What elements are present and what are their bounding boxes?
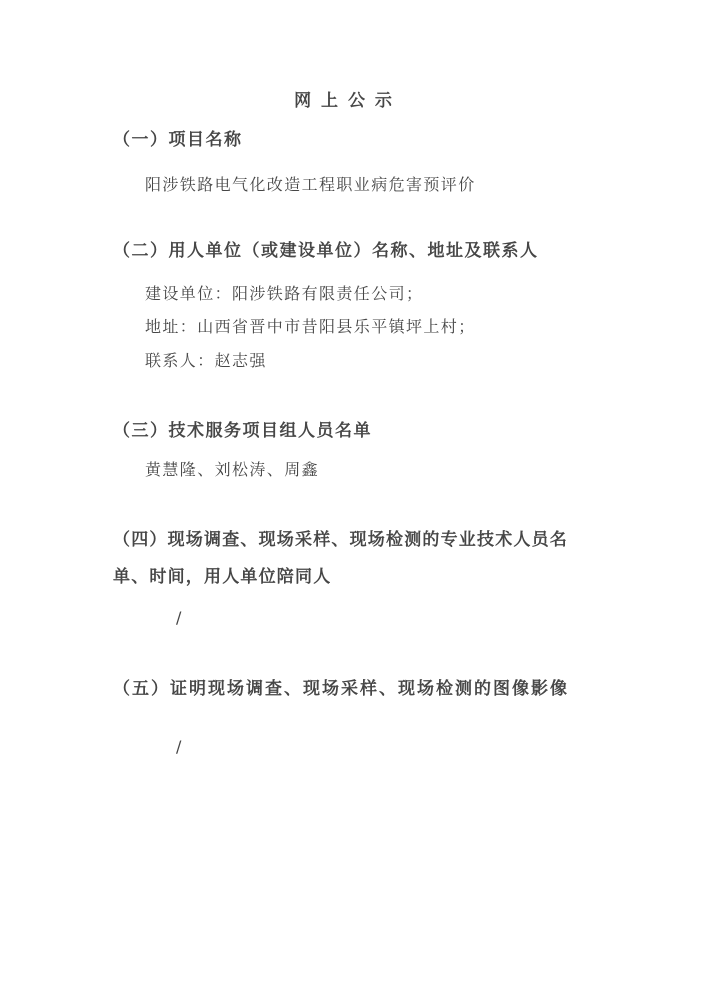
document-page: 网 上 公 示 （一）项目名称 阳涉铁路电气化改造工程职业病危害预评价 （二）用… xyxy=(0,0,707,1000)
section-4-body-placeholder: / xyxy=(176,609,181,627)
section-1-body-line: 阳涉铁路电气化改造工程职业病危害预评价 xyxy=(145,176,476,194)
section-3-body-line: 黄慧隆、刘松涛、周鑫 xyxy=(145,461,319,479)
section-4-heading: （四）现场调查、现场采样、现场检测的专业技术人员名单、时间，用人单位陪同人 xyxy=(113,522,583,596)
document-title: 网 上 公 示 xyxy=(113,92,575,112)
section-2-heading: （二）用人单位（或建设单位）名称、地址及联系人 xyxy=(113,242,539,262)
section-3-heading: （三）技术服务项目组人员名单 xyxy=(113,422,372,442)
section-2-contact-line: 联系人：赵志强 xyxy=(145,352,267,370)
section-2-address-line: 地址：山西省晋中市昔阳县乐平镇坪上村； xyxy=(145,318,476,336)
section-2-construction-unit-line: 建设单位：阳涉铁路有限责任公司； xyxy=(145,285,423,303)
section-5-heading: （五）证明现场调查、现场采样、现场检测的图像影像 xyxy=(113,680,569,700)
section-5-body-placeholder: / xyxy=(176,738,181,756)
section-1-heading: （一）项目名称 xyxy=(113,131,243,151)
